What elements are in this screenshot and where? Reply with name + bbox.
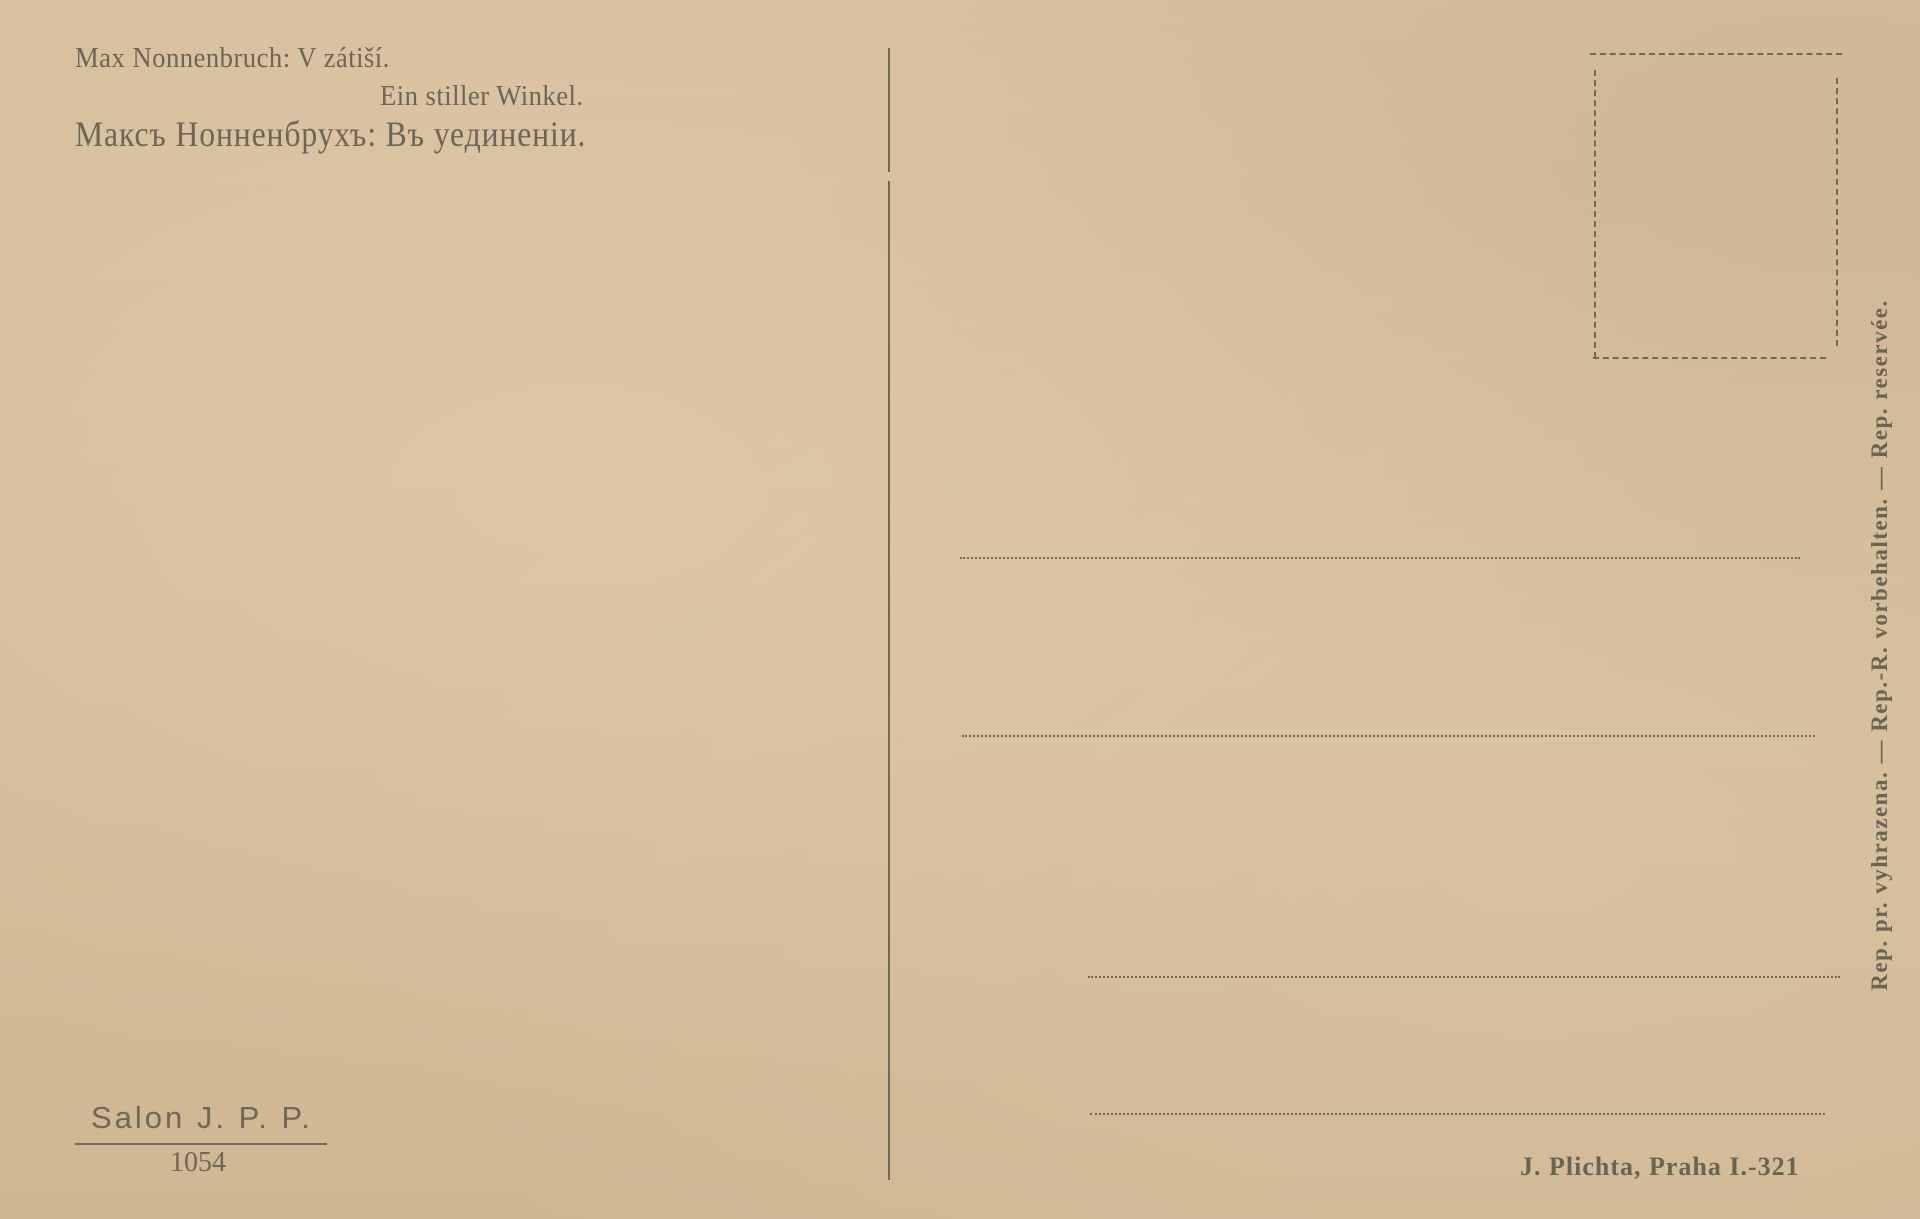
- stamp-box-left-edge: [1594, 70, 1596, 358]
- caption-czech: Max Nonnenbruch: V zátiší.: [75, 42, 390, 75]
- address-line-3: [1088, 976, 1840, 978]
- caption-russian: Максъ Нонненбрухъ: Въ уединеніи.: [75, 113, 586, 155]
- postcard-back: [0, 0, 1920, 1219]
- address-line-4: [1090, 1113, 1825, 1115]
- center-divider: [888, 181, 890, 1180]
- center-divider-top: [888, 48, 890, 172]
- salon-label: Salon J. P. P.: [91, 1100, 313, 1136]
- address-line-2: [962, 735, 1815, 737]
- publisher-imprint: J. Plichta, Praha I.-321: [1520, 1152, 1800, 1182]
- stamp-box-bottom-edge: [1593, 357, 1826, 359]
- rights-notice: Rep. pr. vyhrazena. — Rep.-R. vorbehalte…: [1867, 299, 1893, 991]
- salon-rule: [75, 1143, 327, 1145]
- caption-german: Ein stiller Winkel.: [380, 80, 584, 113]
- address-line-1: [960, 557, 1800, 559]
- salon-number: 1054: [170, 1147, 226, 1179]
- stamp-box-top-edge: [1590, 53, 1842, 55]
- stamp-box-right-edge: [1836, 78, 1838, 346]
